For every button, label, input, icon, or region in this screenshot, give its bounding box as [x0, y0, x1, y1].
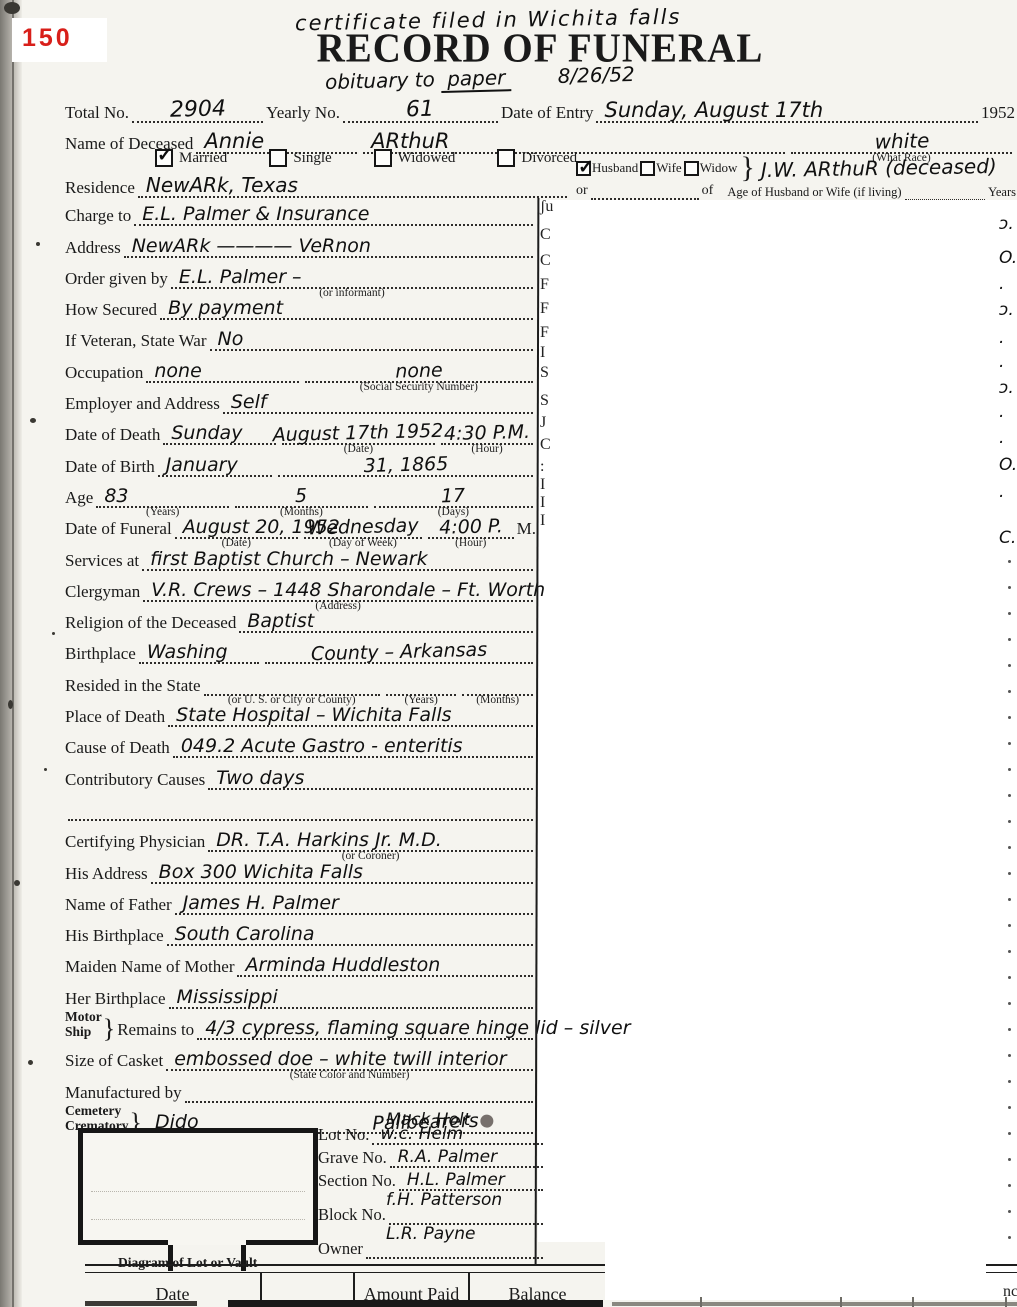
checkbox-option-single: Single [269, 149, 331, 167]
handwritten-value: County – Arkansas [311, 639, 488, 666]
right-edge-fragment: . [999, 482, 1004, 502]
masked-region-footer [605, 1242, 1017, 1300]
handwritten-value: f.H. Patterson [386, 1190, 502, 1210]
right-edge-dot [1008, 1132, 1011, 1135]
right-edge-dot [1008, 1080, 1011, 1083]
field-line: 5(Months) [235, 502, 368, 508]
handwritten-value: James H. Palmer [183, 892, 339, 914]
spouse-age-unit: Years [988, 186, 1016, 201]
handwritten-value: R.A. Palmer [398, 1147, 497, 1167]
field-line: 4:30 P.M.(Hour) [441, 439, 533, 445]
total-no-label: Total No. [65, 104, 129, 123]
lot-pre-handwriting: L.R. Payne [318, 1228, 546, 1239]
field-row-address: AddressNewARk ———— VeRnon [65, 231, 536, 262]
lot-line: w.c. Helm [372, 1139, 543, 1145]
yearly-no-value: 61 [406, 97, 435, 123]
handwritten-value: Sunday [171, 422, 242, 444]
right-edge-dot [1008, 768, 1011, 771]
field-label: Charge to [65, 207, 131, 226]
checkbox-option-husband: Husband [576, 160, 638, 176]
field-row-date-of-death: Date of DeathSundayAugust 17th 1952(Date… [65, 419, 536, 450]
handwritten-value: 4:30 P.M. [444, 421, 531, 445]
single-checkbox [269, 149, 287, 167]
field-line: Arminda Huddleston [237, 971, 533, 977]
field-line: No [210, 345, 533, 351]
right-edge-dot [1008, 898, 1011, 901]
widowed-checkbox [374, 149, 392, 167]
lot-row-grave-no: Grave No.R.A. Palmer [318, 1148, 546, 1171]
spouse-age-caption: Age of Husband or Wife (if living) [727, 186, 901, 201]
right-edge-dot [1008, 664, 1011, 667]
right-edge-fragment: . [999, 428, 1004, 448]
field-row-her-birthplace: Her BirthplaceMississippi [65, 982, 536, 1013]
field-line: 4:00 P.(Hour) [428, 533, 514, 539]
handwritten-value: State Hospital – Wichita Falls [176, 704, 451, 726]
field-label: Size of Casket [65, 1052, 163, 1071]
entry-year: 1952 [981, 104, 1015, 123]
lot-pre-handwriting: f.H. Patterson [318, 1194, 546, 1205]
right-edge-fragment: ɔ. [999, 214, 1014, 234]
divider-letter-fragment: : [540, 458, 544, 476]
checkbox-option-divorced: Divorced [497, 149, 577, 167]
right-edge-dot [1008, 1054, 1011, 1057]
field-label: Date of Funeral [65, 520, 172, 539]
field-label: MotorShip [65, 1010, 102, 1040]
obituary-annotation-underlined: paper [441, 65, 512, 93]
field-line: 4/3 cypress, flaming square hinge lid – … [197, 1034, 533, 1040]
wife-checkbox [640, 161, 655, 176]
field-label: Clergyman [65, 583, 140, 602]
field-line: By payment [160, 314, 533, 320]
masked-region-right [538, 200, 1017, 1242]
field-line: none(Social Security Number) [305, 377, 533, 383]
field-line: January [158, 471, 273, 477]
field-label: Her Birthplace [65, 990, 166, 1009]
field-label: Resided in the State [65, 677, 201, 696]
right-edge-fragment: . [999, 402, 1004, 422]
field-line: 17(Days) [374, 502, 533, 508]
field-line: Wednesday(Day of Week) [304, 533, 422, 539]
residence-row: Residence NewARk, Texas [65, 172, 570, 198]
field-line: Washing [139, 658, 259, 664]
field-row-size-of-casket: Size of Casketembossed doe – white twill… [65, 1045, 536, 1076]
handwritten-value: 83 [104, 485, 128, 507]
field-line: E.L. Palmer –(or informant) [171, 283, 533, 289]
footer-bottom-strip [85, 1301, 197, 1306]
brace: } [102, 1019, 117, 1040]
residence-label: Residence [65, 179, 135, 198]
paper-speck [4, 2, 20, 14]
lot-row-lot-no: Lot No.w.c. Helm [318, 1125, 546, 1148]
field-row-date-of-funeral: Date of FuneralAugust 20, 1952(Date)Wedn… [65, 513, 536, 544]
race-value: white [874, 128, 929, 153]
paper-speck [52, 632, 55, 635]
handwritten-value: Two days [216, 767, 304, 789]
checkbox-option-married: Married [155, 149, 227, 167]
field-label: If Veteran, State War [65, 332, 207, 351]
spouse-name-value: J.W. ARthuR (deceased) [761, 154, 997, 182]
field-line: V.R. Crews – 1448 Sharondale – Ft. Worth… [143, 596, 533, 602]
lot-label: Grave No. [318, 1150, 387, 1169]
field-label: Place of Death [65, 708, 165, 727]
field-label: Cause of Death [65, 739, 170, 758]
field-label: Address [65, 239, 121, 258]
wife-label: Wife [656, 160, 681, 176]
handwritten-value: NewARk ———— VeRnon [132, 235, 371, 257]
widow-checkbox [684, 161, 699, 176]
handwritten-value: 5 [295, 485, 308, 507]
field-line: NewARk ———— VeRnon [124, 252, 533, 258]
field-row-date-of-birth: Date of BirthJanuary31, 1865 [65, 450, 536, 481]
paper-speck [30, 418, 36, 423]
widowed-label: Widowed [398, 150, 456, 167]
date-of-entry-line: Sunday, August 17th [596, 117, 978, 123]
field-line: State Hospital – Wichita Falls [168, 721, 533, 727]
field-line: 83(Years) [96, 502, 229, 508]
field-line: DR. T.A. Harkins Jr. M.D.(or Coroner) [208, 846, 533, 852]
handwritten-value: 4:00 P. [439, 515, 503, 539]
field-label: Maiden Name of Mother [65, 958, 234, 977]
handwritten-value: 17 [441, 485, 466, 508]
field-line: August 20, 1952(Date) [175, 533, 298, 539]
field-row-occupation: Occupationnonenone(Social Security Numbe… [65, 356, 536, 387]
lot-label: Section No. [318, 1173, 396, 1192]
husband-label: Husband [592, 160, 638, 176]
field-row-name-of-father: Name of FatherJames H. Palmer [65, 889, 536, 920]
field-line: Box 300 Wichita Falls [151, 878, 533, 884]
field-line: first Baptist Church – Newark [142, 565, 533, 571]
page-number: 150 [22, 24, 73, 53]
right-edge-dot [1008, 1002, 1011, 1005]
divorced-checkbox [497, 149, 515, 167]
divider-letter-fragment: F [540, 300, 549, 318]
spouse-or-line [591, 194, 699, 200]
right-edge-dot [1008, 1028, 1011, 1031]
handwritten-value: none [154, 360, 201, 382]
field-label: Manufactured by [65, 1084, 182, 1103]
field-label: Contributory Causes [65, 771, 205, 790]
field-label: His Birthplace [65, 927, 164, 946]
divider-letter-fragment: I [540, 494, 545, 512]
spouse-of-label: of [702, 184, 714, 200]
lot-label: Owner [318, 1241, 363, 1260]
field-line: (or U. S. or City or County) [204, 690, 380, 696]
divider-letter-fragment: C [540, 226, 551, 244]
field-label: His Address [65, 865, 148, 884]
single-label: Single [293, 150, 331, 167]
date-of-entry-value: Sunday, August 17th [604, 98, 823, 122]
lot-line: R.A. Palmer [390, 1162, 543, 1168]
right-edge-dot [1008, 1210, 1011, 1213]
form-fields: Charge toE.L. Palmer & InsuranceAddressN… [65, 200, 536, 1139]
field-line: County – Arkansas [265, 658, 533, 664]
field-line: Sunday [163, 439, 275, 445]
divider-letter-fragment: C [540, 252, 551, 270]
field-row-certifying-physician: Certifying PhysicianDR. T.A. Harkins Jr.… [65, 826, 536, 857]
field-row-cause-of-death: Cause of Death049.2 Acute Gastro - enter… [65, 732, 536, 763]
right-edge-fragment: ɔ. [999, 300, 1014, 320]
footer-bottom-strip [228, 1300, 603, 1307]
field-row-his-birthplace: His BirthplaceSouth Carolina [65, 920, 536, 951]
field-label: Religion of the Deceased [65, 614, 236, 633]
right-edge-dot [1008, 976, 1011, 979]
checkbox-option-wife: Wife [640, 160, 681, 176]
handwritten-value: embossed doe – white twill interior [174, 1048, 506, 1070]
divider-letter-fragment: I [540, 476, 545, 494]
paper-speck [44, 768, 47, 771]
race-line: white (What Race) [791, 148, 1012, 154]
field-line: (Months) [462, 690, 533, 696]
handwritten-value: January [166, 454, 238, 476]
field-line: (Years) [386, 690, 457, 696]
right-edge-dot [1008, 794, 1011, 797]
field-row-how-secured: How SecuredBy payment [65, 294, 536, 325]
handwritten-value: Baptist [247, 610, 314, 632]
spouse-brace: } [739, 156, 756, 180]
handwritten-value: E.L. Palmer & Insurance [142, 203, 369, 225]
field-row-birthplace: BirthplaceWashingCounty – Arkansas [65, 638, 536, 669]
field-label: Date of Death [65, 426, 160, 445]
field-line [68, 815, 533, 821]
obituary-annotation-text: obituary to [325, 67, 435, 94]
field-line [185, 1097, 533, 1103]
field-row-blank [65, 795, 536, 826]
right-edge-fragment: . [999, 352, 1004, 372]
husband-checkbox [576, 161, 591, 176]
field-label: Employer and Address [65, 395, 220, 414]
footer-double-rule-fragment [986, 1264, 1017, 1273]
field-line: embossed doe – white twill interior(Stat… [166, 1065, 533, 1071]
handwritten-value: DR. T.A. Harkins Jr. M.D. [216, 829, 442, 851]
total-no-line: 2904 [132, 117, 263, 123]
right-edge-dot [1008, 1106, 1011, 1109]
right-edge-dot [1008, 638, 1011, 641]
footer-cell-divider [1005, 1297, 1007, 1307]
marital-status-row: MarriedSingleWidowedDivorced [155, 149, 577, 167]
spouse-age-line [905, 195, 986, 200]
yearly-no-line: 61 [343, 117, 498, 123]
handwritten-value: Self [231, 391, 267, 413]
right-edge-dot [1008, 950, 1011, 953]
divider-letter-fragment: S [540, 392, 549, 410]
field-label: Date of Birth [65, 458, 155, 477]
right-edge-fragment: . [999, 274, 1004, 294]
field-row-if-veteran-state-war: If Veteran, State WarNo [65, 325, 536, 356]
field-row-religion-of-the-deceased: Religion of the DeceasedBaptist [65, 607, 536, 638]
footer-cell-divider [700, 1297, 702, 1307]
field-row-maiden-name-of-mother: Maiden Name of MotherArminda Huddleston [65, 951, 536, 982]
handwritten-value: Arminda Huddleston [245, 954, 440, 976]
field-label: Certifying Physician [65, 833, 205, 852]
handwritten-value: w.c. Helm [380, 1124, 463, 1144]
right-edge-fragment: O. [999, 248, 1017, 268]
field-row-charge-to: Charge toE.L. Palmer & Insurance [65, 200, 536, 231]
right-edge-dot [1008, 1236, 1011, 1239]
checkbox-option-widowed: Widowed [374, 149, 456, 167]
field-line: Mississippi [169, 1003, 533, 1009]
handwritten-value: Mississippi [177, 986, 278, 1008]
handwritten-value: V.R. Crews – 1448 Sharondale – Ft. Worth [151, 579, 545, 601]
right-edge-fragment: O. [999, 455, 1017, 475]
married-label: Married [179, 150, 227, 167]
divider-letter-fragment: C [540, 436, 551, 454]
residence-line: NewARk, Texas [138, 192, 567, 198]
entry-row: Total No. 2904 Yearly No. 61 Date of Ent… [65, 97, 1015, 123]
right-edge-fragment: ɔ. [999, 378, 1014, 398]
field-line: Self [223, 408, 533, 414]
right-edge-dot [1008, 1184, 1011, 1187]
field-row-his-address: His AddressBox 300 Wichita Falls [65, 857, 536, 888]
field-row-place-of-death: Place of DeathState Hospital – Wichita F… [65, 701, 536, 732]
field-row-clergyman: ClergymanV.R. Crews – 1448 Sharondale – … [65, 576, 536, 607]
paper-speck [14, 880, 20, 886]
married-checkbox [155, 149, 173, 167]
handwritten-value: 4/3 cypress, flaming square hinge lid – … [205, 1017, 630, 1039]
field-label: Remains to [117, 1021, 194, 1040]
handwritten-value: L.R. Payne [386, 1224, 475, 1244]
right-edge-dot [1008, 560, 1011, 563]
handwritten-value: first Baptist Church – Newark [150, 548, 427, 570]
field-line: Two days [208, 784, 533, 790]
field-row-employer-and-address: Employer and AddressSelf [65, 388, 536, 419]
lot-diagram [78, 1128, 318, 1245]
field-suffix: M. [517, 520, 536, 539]
divider-letter-fragment: I [540, 344, 545, 362]
book-binding-edge [0, 0, 22, 1307]
right-edge-dot [1008, 846, 1011, 849]
field-row-services-at: Services atfirst Baptist Church – Newark [65, 544, 536, 575]
field-line: 31, 1865 [278, 471, 533, 477]
divider-letter-fragment: S [540, 364, 549, 382]
footer-bottom-strip [612, 1302, 1017, 1306]
footer-cell-divider [912, 1297, 914, 1307]
field-line: E.L. Palmer & Insurance [134, 220, 533, 226]
lot-fields: Mack HoltLot No.w.c. HelmGrave No.R.A. P… [318, 1114, 546, 1262]
field-row-manufactured-by: Manufactured by [65, 1076, 536, 1107]
widow-label: Widow [700, 160, 738, 176]
divider-letter-fragment: J [540, 414, 546, 432]
handwritten-value: South Carolina [175, 923, 315, 945]
field-line: none [146, 377, 298, 383]
spouse-block: HusbandWifeWidow } J.W. ARthuR (deceased… [576, 156, 1016, 200]
divider-letter-fragment: F [540, 324, 549, 342]
divider-letter-fragment: ʃu [540, 198, 553, 216]
lot-label: Block No. [318, 1207, 386, 1226]
total-no-value: 2904 [169, 96, 226, 122]
lot-label: Lot No. [318, 1127, 369, 1146]
right-edge-dot [1008, 924, 1011, 927]
paper-speck [36, 242, 40, 246]
spouse-options: HusbandWifeWidow [576, 160, 739, 176]
field-label: Birthplace [65, 645, 136, 664]
field-line: James H. Palmer [175, 909, 533, 915]
field-line: Baptist [239, 627, 533, 633]
field-label: Occupation [65, 364, 143, 383]
handwritten-value: 049.2 Acute Gastro - enteritis [181, 735, 463, 757]
field-row-contributory-causes: Contributory CausesTwo days [65, 763, 536, 794]
field-label: Age [65, 489, 93, 508]
field-line: South Carolina [167, 940, 533, 946]
field-row-age: Age83(Years)5(Months)17(Days) [65, 482, 536, 513]
handwritten-value: By payment [168, 297, 283, 319]
handwritten-value: No [218, 328, 244, 350]
lot-line [366, 1253, 543, 1259]
right-edge-dot [1008, 820, 1011, 823]
residence-value: NewARk, Texas [146, 173, 298, 197]
handwritten-value: H.L. Palmer [407, 1170, 505, 1190]
handwritten-value: none [395, 359, 443, 382]
date-of-entry-label: Date of Entry [501, 104, 594, 123]
footer-cell-divider [840, 1297, 842, 1307]
handwritten-value: Box 300 Wichita Falls [159, 861, 363, 883]
field-label: Name of Father [65, 896, 172, 915]
field-row-resided-in-the-state: Resided in the State(or U. S. or City or… [65, 669, 536, 700]
field-row-motor-ship: MotorShip}Remains to4/3 cypress, flaming… [65, 1014, 536, 1045]
right-edge-dot [1008, 1158, 1011, 1161]
handwritten-value: E.L. Palmer – [179, 266, 302, 288]
divider-letter-fragment: I [540, 512, 545, 530]
right-edge-dot [1008, 690, 1011, 693]
divider-letter-fragment: F [540, 276, 549, 294]
handwritten-value: Wednesday [307, 515, 419, 540]
field-label: How Secured [65, 301, 157, 320]
paper-speck [8, 700, 13, 709]
handwritten-value: Washing [147, 641, 228, 663]
right-edge-dot [1008, 586, 1011, 589]
spouse-or-label: or [576, 184, 588, 200]
field-row-order-given-by: Order given byE.L. Palmer –(or informant… [65, 263, 536, 294]
checkbox-option-widow: Widow [684, 160, 738, 176]
field-label: Order given by [65, 270, 168, 289]
handwritten-value: 31, 1865 [363, 453, 448, 477]
right-edge-fragment: . [999, 328, 1004, 348]
paper-speck [28, 1060, 33, 1065]
obituary-annotation-date: 8/26/52 [557, 62, 635, 88]
field-line: August 17th 1952(Date) [282, 439, 435, 445]
right-edge-fragment: C. [999, 528, 1016, 548]
yearly-no-label: Yearly No. [266, 104, 340, 123]
right-edge-dot [1008, 872, 1011, 875]
right-edge-dot [1008, 612, 1011, 615]
right-edge-dot [1008, 716, 1011, 719]
field-line: 049.2 Acute Gastro - enteritis [173, 752, 533, 758]
funeral-record-page: 150 certificate filed in Wichita falls R… [0, 0, 1017, 1307]
field-label: Services at [65, 552, 139, 571]
right-edge-dot [1008, 742, 1011, 745]
divorced-label: Divorced [521, 150, 577, 167]
